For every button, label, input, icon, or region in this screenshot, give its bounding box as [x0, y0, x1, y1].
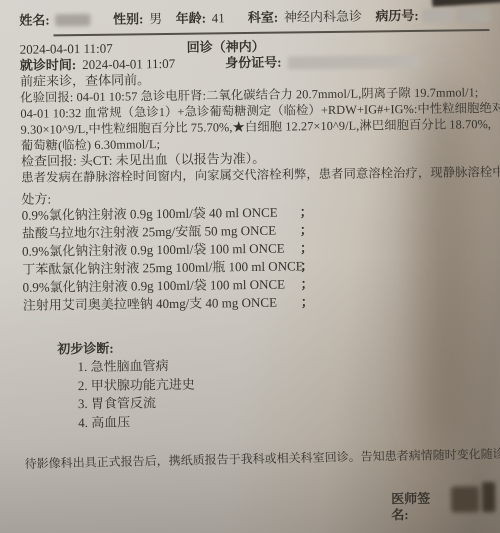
prescription-separator: ； — [300, 276, 313, 292]
age-value: 41 — [212, 10, 225, 26]
prescription-separator: ； — [300, 204, 313, 220]
visit-datetime: 2024-04-01 11:07 — [20, 41, 113, 58]
prescription-text: 注射用艾司奥美拉唑钠 40mg/支 40 mg ONCE — [23, 295, 277, 313]
prescription-text: 0.9%氯化钠注射液 0.9g 100ml/袋 100 ml ONCE — [22, 241, 285, 259]
lab-report: 化验回报: 04-01 10:57 急诊电肝肾:二氧化碳结合力 20.7mmol… — [20, 84, 491, 154]
visit-time-value: 2024-04-01 11:07 — [82, 56, 175, 73]
prescription-separator: ； — [300, 240, 313, 256]
record-no-label: 病历号: — [375, 8, 419, 25]
visit-time-label: 就诊时间: — [20, 57, 77, 74]
redacted-doctor-signature — [451, 486, 479, 512]
header-divider — [53, 29, 489, 36]
diagnosis-list: 1. 急性脑血管病 2. 甲状腺功能亢进史 3. 胃食管反流 4. 高血压 — [23, 354, 494, 434]
signature-row: 医师签名: — [391, 490, 495, 523]
prescription-list: 0.9%氯化钠注射液 0.9g 100ml/袋 40 ml ONCE ； 盐酸乌… — [22, 202, 493, 316]
prescription-separator: ； — [301, 294, 314, 310]
patient-header-row: 姓名: 性别: 男 年龄: 41 科室: 神经内科急诊 病历号: — [19, 6, 489, 30]
followup-note: 待影像科出具正式报告后，携纸质报告于我科或相关科室回诊。告知患者病情随时变化随诊… — [25, 446, 495, 472]
prescription-text: 盐酸乌拉地尔注射液 25mg/安瓿 50 mg ONCE — [22, 223, 276, 241]
sex-label: 性别: — [113, 11, 144, 27]
photographed-medical-record: 姓名: 性别: 男 年龄: 41 科室: 神经内科急诊 病历号: 2024-04… — [0, 0, 500, 533]
diagnosis-item: 4. 高血压 — [78, 410, 494, 434]
department-label: 科室: — [248, 10, 279, 26]
visit-type: 回诊（神内） — [187, 39, 265, 56]
signature-label: 医师签名: — [391, 491, 444, 524]
redacted-id-number — [287, 54, 419, 69]
prescription-text: 丁苯酞氯化钠注射液 25mg 100ml/瓶 100 ml ONCE — [22, 258, 303, 276]
age-label: 年龄: — [176, 11, 207, 27]
redacted-patient-name — [55, 14, 90, 26]
prescription-text: 0.9%氯化钠注射液 0.9g 100ml/袋 100 ml ONCE — [22, 277, 285, 295]
redacted-record-no-2 — [456, 8, 489, 23]
prescription-text: 0.9%氯化钠注射液 0.9g 100ml/袋 40 ml ONCE — [22, 205, 278, 223]
name-label: 姓名: — [19, 12, 50, 28]
redacted-record-no-1 — [423, 9, 452, 23]
prescription-separator: ； — [300, 258, 313, 274]
prescription-separator: ； — [300, 222, 313, 238]
id-number-label: 身份证号: — [225, 55, 282, 72]
department-value: 神经内科急诊 — [284, 9, 362, 26]
redacted-doctor-signature-2 — [482, 482, 495, 512]
sex-value: 男 — [149, 11, 162, 27]
diagnosis-section: 初步诊断: 1. 急性脑血管病 2. 甲状腺功能亢进史 3. 胃食管反流 4. … — [23, 336, 494, 434]
medical-record-page: 姓名: 性别: 男 年龄: 41 科室: 神经内科急诊 病历号: 2024-04… — [0, 0, 500, 533]
